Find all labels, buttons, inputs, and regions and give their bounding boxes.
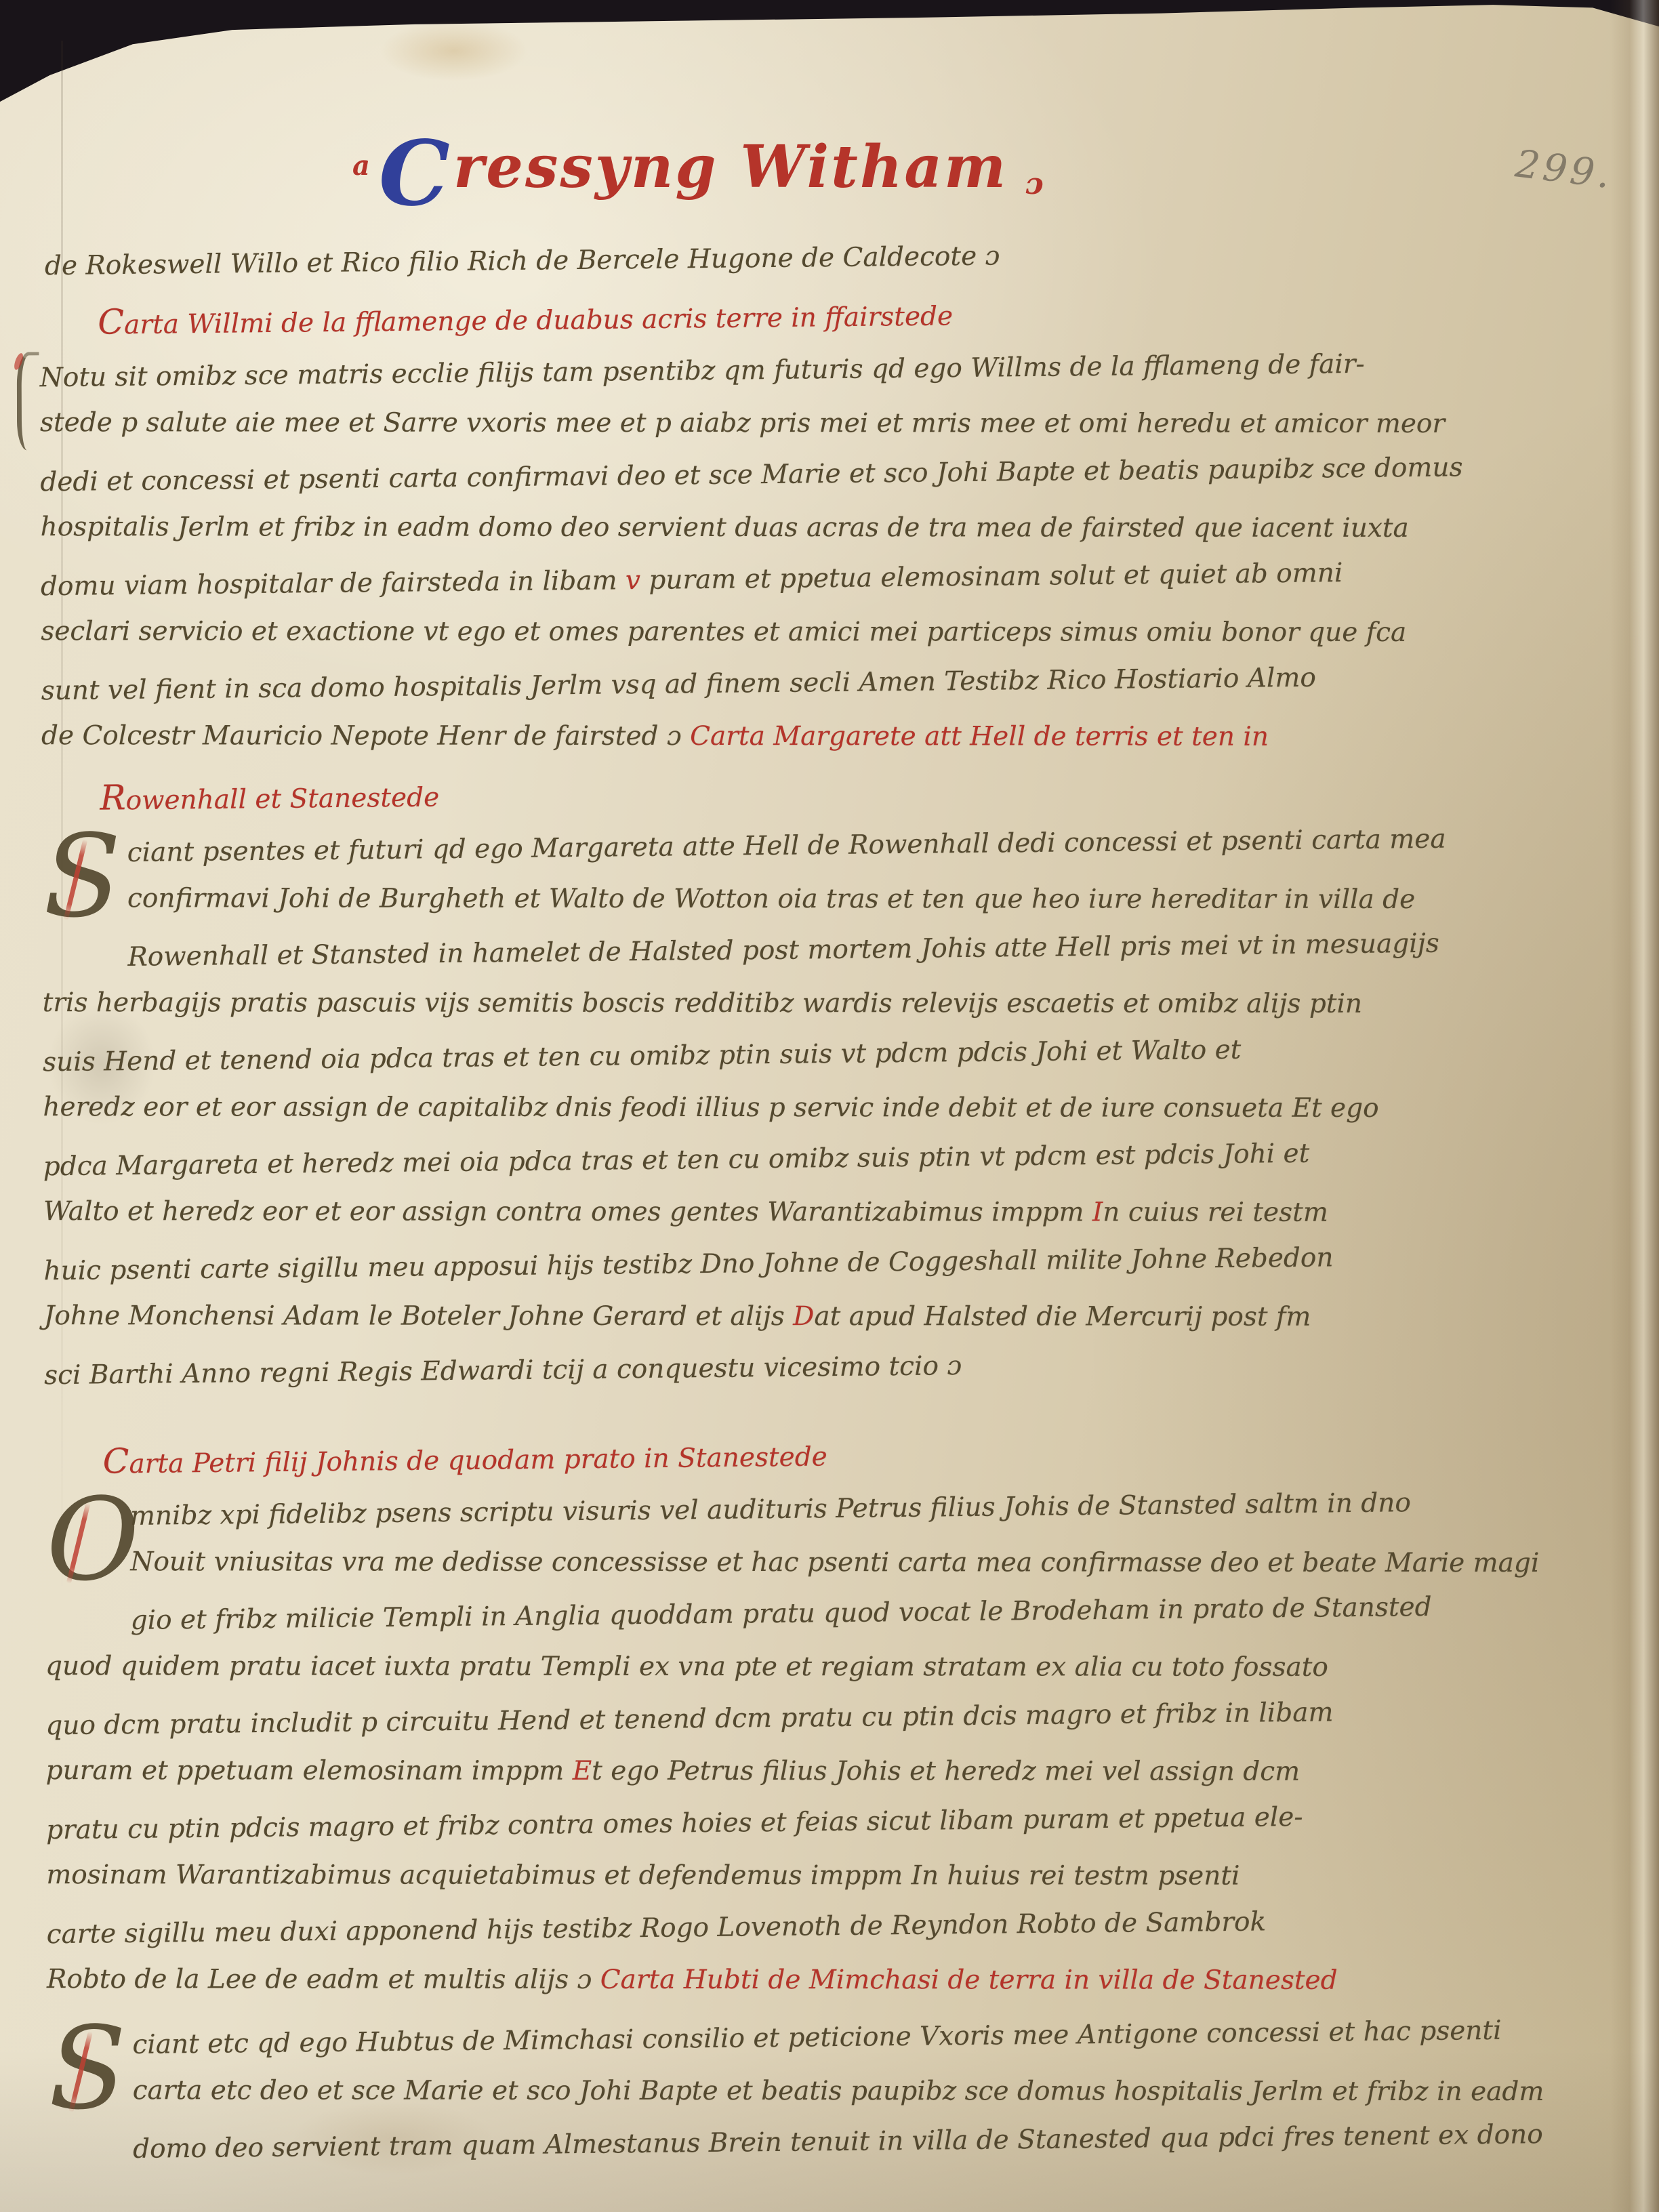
manuscript-line: carte sigillu meu duxi apponend hijs tes… (46, 1895, 1375, 1961)
manuscript-line: quo dcm pratu includit p circuitu Hend e… (45, 1686, 1374, 1753)
text-segment: Carta Willmi de la fflamenge de duabus a… (98, 301, 953, 340)
text-segment: huic psenti carte sigillu meu apposui hi… (43, 1242, 1333, 1286)
text-segment: D (793, 1301, 814, 1332)
text-segment: sci Barthi Anno regni Regis Edwardi tcij… (44, 1351, 962, 1391)
text-segment: n cuius rei testm (1103, 1197, 1328, 1228)
manuscript-line: hospitalis Jerlm et fribz in eadm domo d… (41, 501, 1369, 554)
text-segment: Carta Petri filij Johnis de quodam prato… (102, 1441, 827, 1479)
manuscript-line: Walto et heredz eor et eor assign contra… (43, 1185, 1372, 1239)
rubric-charter-margarete: Rowenhall et Stanestede (100, 762, 1370, 823)
charter-flamenge: Notu sit omibz sce matris ecclie filijs … (39, 342, 1370, 766)
text-segment: sunt vel fient in sca domo hospitalis Je… (41, 663, 1316, 707)
manuscript-line: seclari servicio et exactione vt ego et … (41, 605, 1369, 659)
text-segment: Rowenhall et Stanestede (100, 782, 439, 816)
text-segment: v (626, 565, 641, 596)
rubric-tail-mark: ɔ (1025, 167, 1046, 201)
manuscript-line: Robto de la Lee de eadm et multis alijs … (47, 1953, 1375, 2007)
manuscript-line: domu viam hospitalar de fairsteda in lib… (41, 547, 1370, 613)
manuscript-line: mosinam Warantizabimus acquietabimus et … (46, 1849, 1374, 1902)
text-column: de Rokeswell Willo et Rico filio Rich de… (39, 230, 1376, 2173)
manuscript-line: quod quidem pratu iacet iuxta pratu Temp… (45, 1640, 1374, 1694)
manuscript-line: pdca Margareta et heredz mei oia pdca tr… (43, 1127, 1372, 1193)
manuscript-line: stede p salute aie mee et Sarre vxoris m… (40, 396, 1368, 450)
text-segment: Robto de la Lee de eadm et multis alijs … (47, 1964, 600, 1995)
text-segment: hospitalis Jerlm et fribz in eadm domo d… (41, 512, 1409, 544)
manuscript-line: sci Barthi Anno regni Regis Edwardi tcij… (44, 1336, 1373, 1402)
manuscript-line: pratu cu ptin pdcis magro et fribz contr… (46, 1790, 1375, 1857)
text-segment: puram et ppetua elemosinam solut et quie… (640, 558, 1343, 596)
charter-petri: O mnibz xpi fidelibz psens scriptu visur… (45, 1481, 1375, 2009)
text-segment: I (1092, 1197, 1103, 1227)
text-segment: heredz eor et eor assign de capitalibz d… (43, 1092, 1378, 1124)
text-segment: puram et ppetuam elemosinam imppm (46, 1755, 573, 1786)
text-segment: dedi et concessi et psenti carta confirm… (40, 452, 1463, 497)
text-segment: stede p salute aie mee et Sarre vxoris m… (40, 407, 1445, 439)
manuscript-line: heredz eor et eor assign de capitalibz d… (43, 1081, 1371, 1134)
charter-text: mnibz xpi fidelibz psens scriptu visuris… (45, 1481, 1375, 2009)
manuscript-line: sunt vel fient in sca domo hospitalis Je… (41, 651, 1370, 718)
text-segment: pdca Margareta et heredz mei oia pdca tr… (43, 1139, 1310, 1183)
text-segment: pratu cu ptin pdcis magro et fribz contr… (46, 1802, 1303, 1845)
text-segment: at apud Halsted die Mercurij post fm (814, 1301, 1311, 1332)
text-segment: quo dcm pratu includit p circuitu Hend e… (45, 1697, 1334, 1741)
text-segment: tris herbagijs pratis pascuis vijs semit… (43, 987, 1362, 1019)
text-segment: de Colcestr Mauricio Nepote Henr de fair… (41, 720, 690, 752)
text-segment: domu viam hospitalar de fairsteda in lib… (41, 565, 626, 602)
text-segment: Rowenhall et Stansted in hamelet de Hals… (127, 928, 1439, 972)
text-segment: E (573, 1756, 592, 1786)
title-initial: C (379, 121, 452, 226)
rubric-charter-petri: Carta Petri filij Johnis de quodam prato… (102, 1426, 1372, 1487)
witness-continuation-line: de Rokeswell Willo et Rico filio Rich de… (45, 230, 1368, 289)
manuscript-line: puram et ppetuam elemosinam imppm Et ego… (46, 1744, 1374, 1798)
manuscript-line: suis Hend et tenend oia pdca tras et ten… (43, 1023, 1372, 1089)
manuscript-line: Johne Monchensi Adam le Boteler Johne Ge… (44, 1290, 1372, 1343)
manuscript-line: de Rokeswell Willo et Rico filio Rich de… (45, 226, 1368, 292)
text-segment: mnibz xpi fidelibz psens scriptu visuris… (130, 1488, 1411, 1532)
charter-text: ciant psentes et futuri qd ego Margareta… (42, 818, 1373, 1398)
charter-text: Notu sit omibz sce matris ecclie filijs … (39, 342, 1370, 766)
text-segment: Nouit vniusitas vra me dedisse concessis… (130, 1547, 1539, 1578)
manuscript-line: huic psenti carte sigillu meu apposui hi… (43, 1231, 1372, 1298)
paragraph-flourish-mark (17, 352, 40, 450)
page-edge-curl (1610, 0, 1659, 2212)
text-segment: confirmavi Johi de Burgheth et Walto de … (127, 883, 1415, 915)
manuscript-line: tris herbagijs pratis pascuis vijs semit… (43, 977, 1371, 1030)
text-segment: de Rokeswell Willo et Rico filio Rich de… (45, 241, 1000, 281)
manuscript-line: mnibz xpi fidelibz psens scriptu visuris… (45, 1477, 1374, 1544)
text-segment: ciant psentes et futuri qd ego Margareta… (127, 824, 1446, 868)
text-segment: quod quidem pratu iacet iuxta pratu Temp… (45, 1651, 1328, 1683)
manuscript-line: gio et fribz milicie Templi in Anglia qu… (45, 1582, 1374, 1648)
manuscript-photo: aCressyng Withamɔ 299. de Rokeswell Will… (0, 0, 1659, 2212)
text-segment: Johne Monchensi Adam le Boteler Johne Ge… (44, 1300, 793, 1332)
manuscript-line: confirmavi Johi de Burgheth et Walto de … (42, 872, 1370, 926)
manuscript-line: Notu sit omibz sce matris ecclie filijs … (39, 338, 1368, 405)
page-title: aCressyng Withamɔ (352, 133, 1046, 201)
text-segment: Carta Margarete att Hell de terris et te… (690, 721, 1269, 752)
text-segment: Carta Hubti de Mimchasi de terra in vill… (600, 1965, 1338, 1996)
text-segment: t ego Petrus filius Johis et heredz mei … (592, 1756, 1300, 1787)
manuscript-line: Nouit vniusitas vra me dedisse concessis… (45, 1536, 1373, 1589)
text-segment: suis Hend et tenend oia pdca tras et ten… (43, 1035, 1242, 1078)
manuscript-line: ciant psentes et futuri qd ego Margareta… (41, 814, 1370, 880)
text-segment: gio et fribz milicie Templi in Anglia qu… (130, 1592, 1431, 1636)
text-segment: carte sigillu meu duxi apponend hijs tes… (46, 1906, 1266, 1950)
charter-margarete: S ciant psentes et futuri qd ego Margare… (42, 818, 1373, 1398)
text-segment: seclari servicio et exactione vt ego et … (41, 616, 1406, 648)
manuscript-line: de Colcestr Mauricio Nepote Henr de fair… (41, 710, 1370, 763)
photo-vignette (0, 2049, 1659, 2212)
text-segment: Notu sit omibz sce matris ecclie filijs … (39, 349, 1364, 393)
rubric-paraph-mark: a (352, 150, 372, 182)
text-segment: mosinam Warantizabimus acquietabimus et … (46, 1860, 1240, 1891)
rubric-charter-flamenge: Carta Willmi de la fflamenge de duabus a… (98, 287, 1368, 348)
text-segment: Walto et heredz eor et eor assign contra… (43, 1196, 1092, 1227)
manuscript-line: dedi et concessi et psenti carta confirm… (40, 443, 1369, 509)
title-text: ressyng Witham (453, 133, 1008, 201)
manuscript-line: Rowenhall et Stansted in hamelet de Hals… (42, 918, 1371, 985)
